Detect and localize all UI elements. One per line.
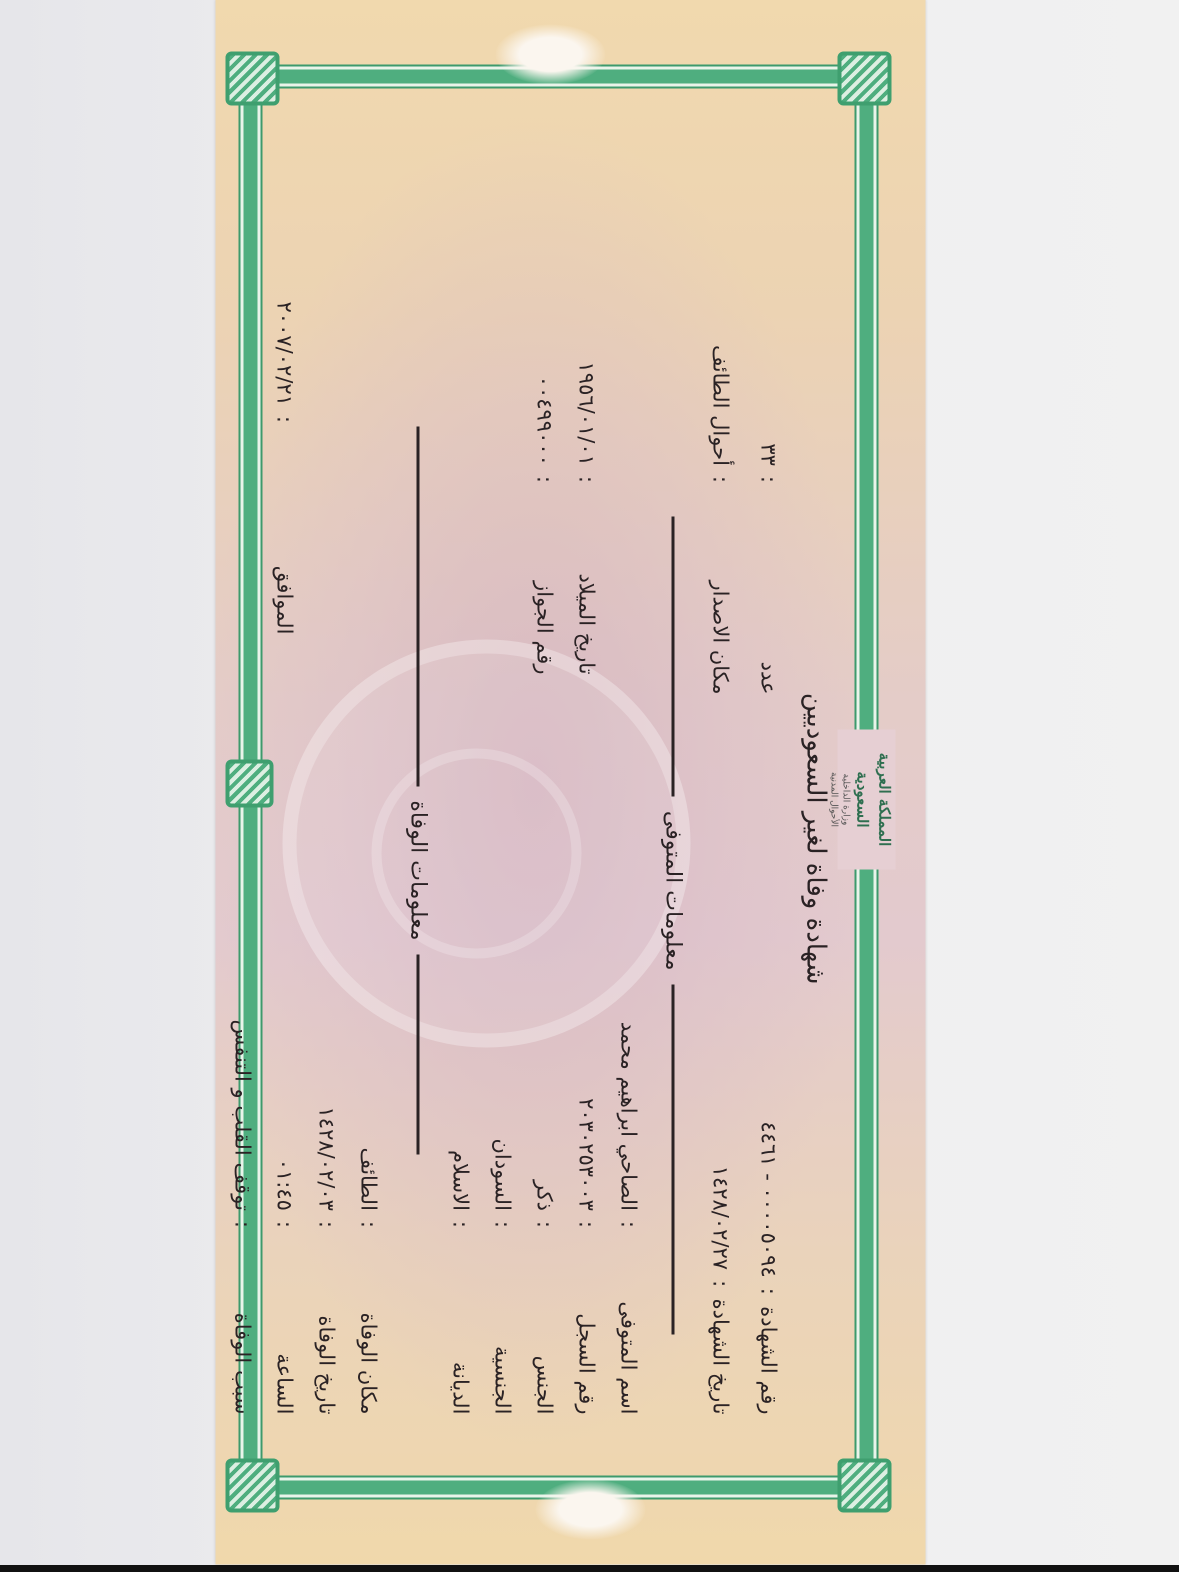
gender-row: الجنس : ذكر	[533, 1180, 557, 1415]
passport-value: ٠٠٤٩٩٠٠٠	[533, 376, 557, 466]
deceased-name-value: الصاحي ابراهيم محمد	[617, 1022, 641, 1211]
colon: :	[449, 1221, 473, 1230]
label: تاريخ الشهادة	[709, 1299, 733, 1415]
colon: :	[273, 416, 297, 425]
religion-value: الاسلام	[449, 1150, 473, 1211]
divider	[417, 955, 420, 1155]
corner-knot-ornament-icon	[838, 52, 892, 106]
certificate-title: شهادة وفاة لغير السعوديين	[801, 693, 831, 985]
label: اسم المتوفى	[617, 1240, 641, 1415]
label: الجنسية	[491, 1240, 515, 1415]
death-cause-row: سبب الوفاة : توقف القلب و التنفس	[231, 1020, 255, 1415]
record-number-value: ٢٠٣٠٢٥٣٠٠٣	[575, 1098, 599, 1211]
certificate-number-row: رقم الشهادة : ٠٠٠٠٥٠٩٤ - ٤٤٦١	[757, 1121, 781, 1414]
colon: :	[491, 1221, 515, 1230]
record-number-row: رقم السجل : ٢٠٣٠٢٥٣٠٠٣	[575, 1098, 599, 1414]
label: رقم الجواز	[533, 495, 557, 675]
gregorian-date-value: ٢٠٠٧/٠٢/٢١	[273, 302, 297, 406]
certificate-date-row: تاريخ الشهادة : ١٤٢٨/٠٢/٢٧	[709, 1166, 733, 1415]
colon: :	[533, 1221, 557, 1230]
gregorian-date-row: الموافق : ٢٠٠٧/٠٢/٢١	[273, 302, 297, 635]
divider	[417, 426, 420, 786]
label: الجنس	[533, 1240, 557, 1415]
side-ornament-icon	[536, 1480, 646, 1540]
colon: :	[709, 476, 733, 485]
corner-knot-ornament-icon	[838, 1459, 892, 1513]
label: الساعة	[273, 1240, 297, 1415]
death-section-header: معلومات الوفاة	[406, 426, 431, 1154]
death-cause-value: توقف القلب و التنفس	[231, 1020, 255, 1211]
corner-knot-ornament-icon	[226, 1459, 280, 1513]
section-title: معلومات الوفاة	[406, 800, 431, 940]
ministry-emblem: المملكة العربية السعودية وزارة الداخلية …	[838, 730, 896, 870]
label: مكان الوفاة	[357, 1240, 381, 1415]
bottom-black-bar	[0, 1565, 1179, 1572]
count-row: عدد : ٣٣	[757, 443, 781, 694]
certificate-number-value: ٠٠٠٠٥٠٩٤ - ٤٤٦١	[757, 1121, 781, 1277]
count-value: ٣٣	[757, 443, 781, 466]
religion-row: الديانة : الاسلام	[449, 1150, 473, 1415]
colon: :	[231, 1221, 255, 1230]
colon: :	[757, 1288, 781, 1297]
ministry-name: وزارة الداخلية	[840, 730, 852, 870]
colon: :	[533, 476, 557, 485]
label: سبب الوفاة	[231, 1240, 255, 1415]
label: عدد	[757, 495, 781, 695]
corner-knot-ornament-icon	[226, 52, 280, 106]
deceased-section-header: معلومات المتوفى	[661, 517, 686, 1335]
colon: :	[617, 1221, 641, 1230]
death-place-value: الطائف	[357, 1147, 381, 1210]
label: تاريخ الوفاة	[315, 1240, 339, 1415]
colon: :	[575, 1221, 599, 1230]
certificate-date-value: ١٤٢٨/٠٢/٢٧	[709, 1166, 733, 1270]
death-date-value: ١٤٢٨/٠٢/٠٣	[315, 1107, 339, 1211]
label: رقم السجل	[575, 1240, 599, 1415]
death-time-value: ٠١:٤٥	[273, 1159, 297, 1211]
birth-date-row: تاريخ الميلاد : ١٩٥٦/٠١/٠١	[575, 362, 599, 675]
section-title: معلومات المتوفى	[661, 811, 686, 971]
divider	[672, 985, 675, 1335]
colon: :	[357, 1221, 381, 1230]
label: مكان الاصدار	[709, 495, 733, 695]
divider	[672, 517, 675, 797]
death-certificate-document: المملكة العربية السعودية وزارة الداخلية …	[216, 0, 926, 1565]
colon: :	[709, 1280, 733, 1289]
deceased-name-row: اسم المتوفى : الصاحي ابراهيم محمد	[617, 1022, 641, 1415]
death-place-row: مكان الوفاة : الطائف	[357, 1147, 381, 1414]
issue-place-value: أحوال الطائف	[709, 345, 733, 466]
gender-value: ذكر	[533, 1180, 557, 1211]
colon: :	[315, 1221, 339, 1230]
nationality-row: الجنسية : السودان	[491, 1138, 515, 1414]
label: الديانة	[449, 1240, 473, 1415]
passport-row: رقم الجواز : ٠٠٤٩٩٠٠٠	[533, 376, 557, 675]
label: رقم الشهادة	[757, 1306, 781, 1414]
colon: :	[757, 476, 781, 485]
side-ornament-icon	[496, 25, 606, 85]
kingdom-name: المملكة العربية السعودية	[852, 730, 896, 870]
certificate-content: شهادة وفاة لغير السعوديين رقم الشهادة : …	[256, 110, 831, 1455]
death-date-row: تاريخ الوفاة : ١٤٢٨/٠٢/٠٣	[315, 1107, 339, 1415]
issue-place-row: مكان الاصدار : أحوال الطائف	[709, 345, 733, 694]
nationality-value: السودان	[491, 1138, 515, 1210]
label: تاريخ الميلاد	[575, 495, 599, 675]
colon: :	[575, 476, 599, 485]
label: الموافق	[273, 435, 297, 635]
birth-date-value: ١٩٥٦/٠١/٠١	[575, 362, 599, 466]
death-time-row: الساعة : ٠١:٤٥	[273, 1159, 297, 1415]
colon: :	[273, 1221, 297, 1230]
